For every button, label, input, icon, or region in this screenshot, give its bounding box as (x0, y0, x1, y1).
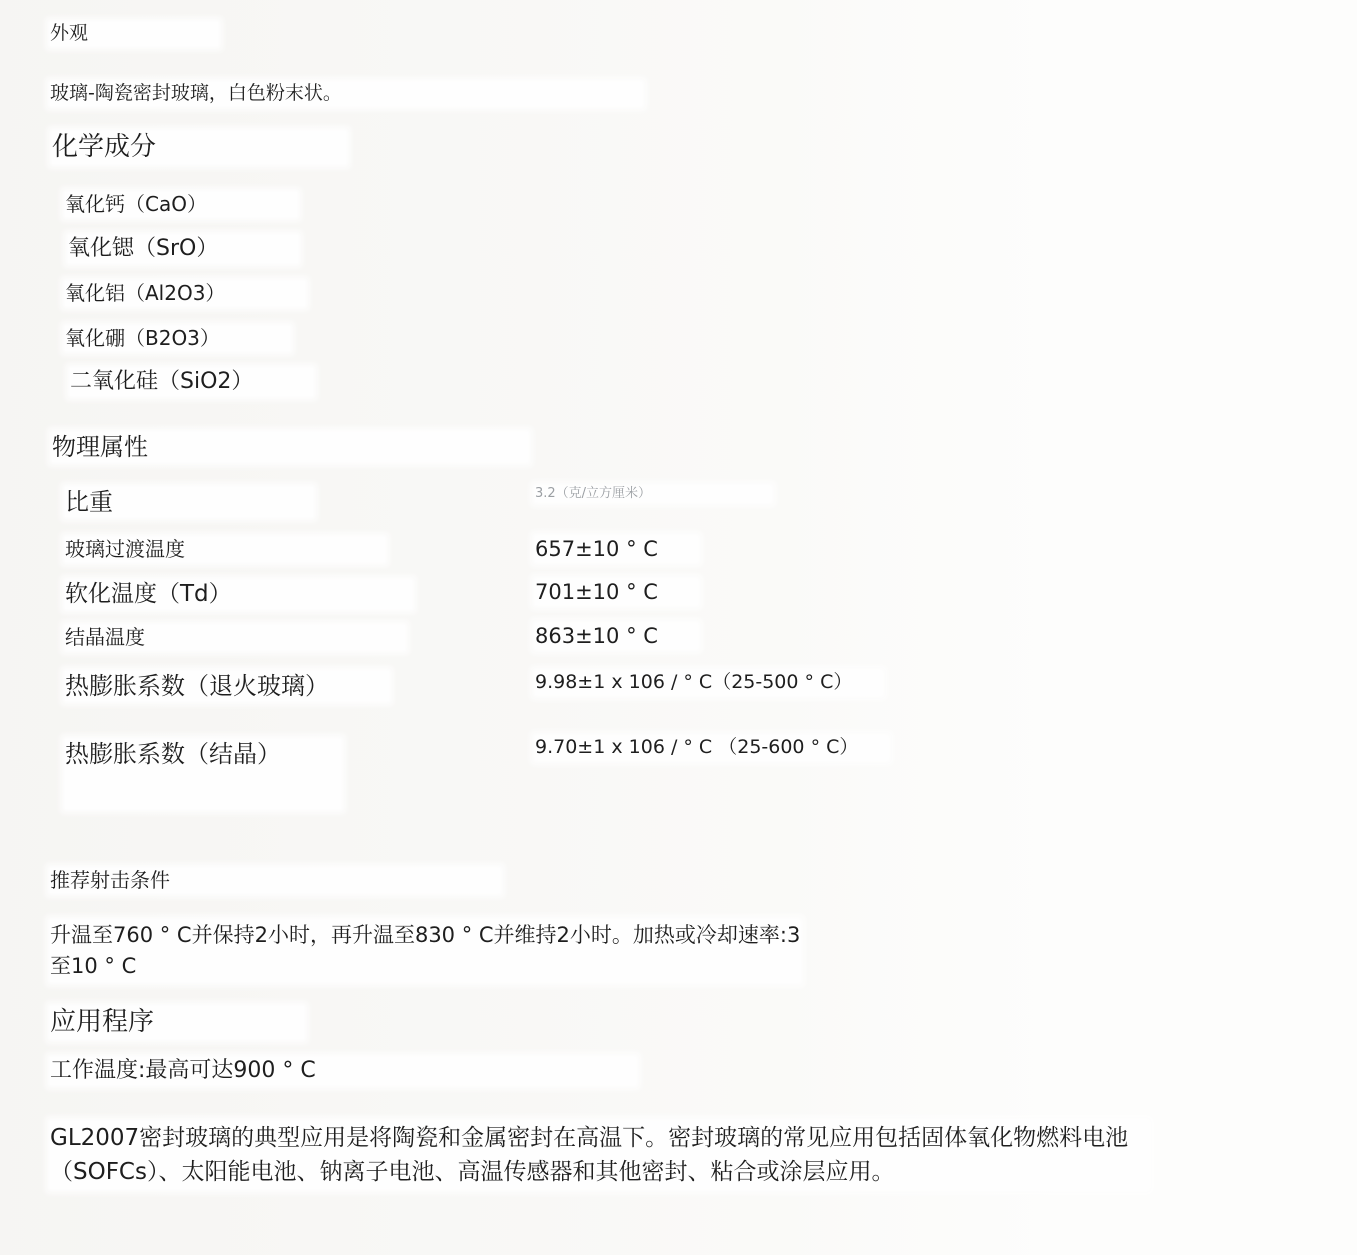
physical-properties-title: 物理属性 (52, 432, 528, 462)
chemical-composition-title: 化学成分 (52, 131, 346, 164)
chemical-component: 氧化钙（CaO） (65, 192, 297, 217)
property-label-softening-temp: 软化温度（Td） (65, 580, 412, 609)
property-value-cte-annealed: 9.98±1 x 106 / ° C（25-500 ° C） (535, 671, 882, 695)
firing-conditions-text: 升温至760 ° C并保持2小时，再升温至830 ° C并维持2小时。加热或冷却… (50, 920, 800, 982)
property-label-cte-crystallized: 热膨胀系数（结晶） (65, 739, 341, 809)
property-value-crystallization-temp: 863±10 ° C (535, 623, 698, 649)
chemical-component: 氧化铝（Al2O3） (65, 281, 305, 306)
applications-description: GL2007密封玻璃的典型应用是将陶瓷和金属密封在高温下。密封玻璃的常见应用包括… (50, 1121, 1148, 1189)
property-label-glass-transition-temp: 玻璃过渡温度 (65, 537, 385, 562)
appearance-description: 玻璃-陶瓷密封玻璃，白色粉末状。 (50, 82, 642, 106)
property-label-cte-annealed: 热膨胀系数（退火玻璃） (65, 671, 389, 701)
product-spec-document: 外观 玻璃-陶瓷密封玻璃，白色粉末状。 化学成分 氧化钙（CaO） 氧化锶（Sr… (0, 0, 1357, 1255)
property-value-cte-crystallized: 9.70±1 x 106 / ° C （25-600 ° C） (535, 736, 888, 760)
property-label-crystallization-temp: 结晶温度 (65, 625, 405, 650)
property-label-specific-gravity: 比重 (65, 487, 313, 517)
firing-conditions-line: 升温至760 ° C并保持2小时，再升温至830 ° C并维持2小时。加热或冷却… (50, 920, 800, 951)
property-value-glass-transition-temp: 657±10 ° C (535, 536, 698, 562)
chemical-component: 氧化锶（SrO） (68, 235, 298, 263)
property-value-softening-temp: 701±10 ° C (535, 579, 698, 605)
applications-description-line: （SOFCs）、太阳能电池、钠离子电池、高温传感器和其他密封、粘合或涂层应用。 (50, 1155, 1128, 1189)
applications-title: 应用程序 (50, 1006, 304, 1039)
working-temperature: 工作温度:最高可达900 ° C (50, 1057, 636, 1085)
firing-conditions-line: 至10 ° C (50, 951, 800, 982)
firing-conditions-title: 推荐射击条件 (50, 868, 500, 893)
chemical-component: 二氧化硅（SiO2） (70, 368, 313, 396)
property-value-specific-gravity: 3.2（克/立方厘米） (535, 486, 771, 502)
chemical-component: 氧化硼（B2O3） (65, 326, 290, 351)
applications-description-line: GL2007密封玻璃的典型应用是将陶瓷和金属密封在高温下。密封玻璃的常见应用包括… (50, 1121, 1128, 1155)
appearance-section-title: 外观 (50, 22, 218, 46)
